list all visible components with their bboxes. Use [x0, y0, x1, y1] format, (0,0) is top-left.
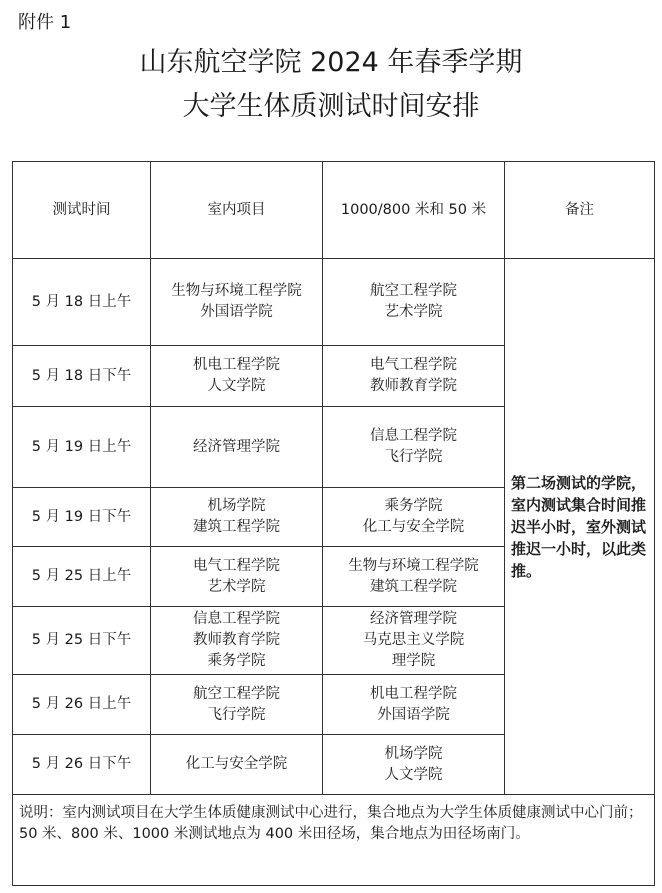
table-header-row: 测试时间 室内项目 1000/800 米和 50 米 备注 — [13, 162, 655, 259]
cell-indoor-colleges: 机场学院建筑工程学院 — [151, 488, 323, 547]
college-name: 外国语学院 — [151, 302, 322, 323]
cell-test-time: 5 月 26 日上午 — [13, 675, 151, 735]
college-name: 化工与安全学院 — [151, 754, 322, 775]
college-name: 人文学院 — [323, 765, 504, 786]
cell-remarks: 第二场测试的学院，室内测试集合时间推迟半小时，室外测试推迟一小时，以此类推。 — [505, 259, 655, 795]
cell-test-time: 5 月 18 日上午 — [13, 259, 151, 346]
college-name: 信息工程学院 — [323, 426, 504, 447]
cell-test-time: 5 月 19 日下午 — [13, 488, 151, 547]
cell-running-colleges: 机场学院人文学院 — [323, 735, 505, 795]
college-name: 机电工程学院 — [151, 355, 322, 376]
college-name: 生物与环境工程学院 — [151, 281, 322, 302]
college-name: 马克思主义学院 — [323, 630, 504, 651]
footer-row: 说明：室内测试项目在大学生体质健康测试中心进行，集合地点为大学生体质健康测试中心… — [13, 795, 655, 886]
cell-indoor-colleges: 电气工程学院艺术学院 — [151, 547, 323, 607]
footer-note: 说明：室内测试项目在大学生体质健康测试中心进行，集合地点为大学生体质健康测试中心… — [13, 795, 655, 886]
cell-running-colleges: 机电工程学院外国语学院 — [323, 675, 505, 735]
college-name: 机电工程学院 — [323, 684, 504, 705]
cell-test-time: 5 月 25 日上午 — [13, 547, 151, 607]
cell-indoor-colleges: 信息工程学院教师教育学院乘务学院 — [151, 607, 323, 675]
header-test-time: 测试时间 — [13, 162, 151, 259]
college-name: 飞行学院 — [323, 447, 504, 468]
college-name: 电气工程学院 — [323, 355, 504, 376]
cell-indoor-colleges: 经济管理学院 — [151, 407, 323, 488]
college-name: 信息工程学院 — [151, 609, 322, 630]
cell-running-colleges: 航空工程学院艺术学院 — [323, 259, 505, 346]
college-name: 航空工程学院 — [323, 281, 504, 302]
college-name: 外国语学院 — [323, 705, 504, 726]
college-name: 经济管理学院 — [323, 609, 504, 630]
cell-test-time: 5 月 26 日下午 — [13, 735, 151, 795]
cell-running-colleges: 乘务学院化工与安全学院 — [323, 488, 505, 547]
cell-indoor-colleges: 生物与环境工程学院外国语学院 — [151, 259, 323, 346]
cell-indoor-colleges: 机电工程学院人文学院 — [151, 346, 323, 407]
college-name: 建筑工程学院 — [323, 577, 504, 598]
college-name: 航空工程学院 — [151, 684, 322, 705]
page-title-line2: 大学生体质测试时间安排 — [0, 86, 662, 128]
cell-test-time: 5 月 25 日下午 — [13, 607, 151, 675]
college-name: 生物与环境工程学院 — [323, 556, 504, 577]
schedule-table: 测试时间 室内项目 1000/800 米和 50 米 备注 5 月 18 日上午… — [12, 161, 655, 886]
cell-running-colleges: 生物与环境工程学院建筑工程学院 — [323, 547, 505, 607]
college-name: 建筑工程学院 — [151, 517, 322, 538]
college-name: 艺术学院 — [323, 302, 504, 323]
header-indoor-items: 室内项目 — [151, 162, 323, 259]
cell-indoor-colleges: 化工与安全学院 — [151, 735, 323, 795]
college-name: 教师教育学院 — [151, 630, 322, 651]
header-remarks: 备注 — [505, 162, 655, 259]
cell-indoor-colleges: 航空工程学院飞行学院 — [151, 675, 323, 735]
college-name: 机场学院 — [323, 744, 504, 765]
page-title-line1: 山东航空学院 2024 年春季学期 — [0, 42, 662, 84]
college-name: 经济管理学院 — [151, 437, 322, 458]
header-running-items: 1000/800 米和 50 米 — [323, 162, 505, 259]
cell-running-colleges: 经济管理学院马克思主义学院理学院 — [323, 607, 505, 675]
cell-running-colleges: 信息工程学院飞行学院 — [323, 407, 505, 488]
college-name: 教师教育学院 — [323, 376, 504, 397]
college-name: 乘务学院 — [151, 651, 322, 672]
college-name: 艺术学院 — [151, 577, 322, 598]
college-name: 人文学院 — [151, 376, 322, 397]
college-name: 电气工程学院 — [151, 556, 322, 577]
college-name: 机场学院 — [151, 496, 322, 517]
table-row: 5 月 18 日上午生物与环境工程学院外国语学院航空工程学院艺术学院第二场测试的… — [13, 259, 655, 346]
attachment-label: 附件 1 — [18, 8, 71, 34]
college-name: 飞行学院 — [151, 705, 322, 726]
cell-running-colleges: 电气工程学院教师教育学院 — [323, 346, 505, 407]
college-name: 理学院 — [323, 651, 504, 672]
cell-test-time: 5 月 19 日上午 — [13, 407, 151, 488]
cell-test-time: 5 月 18 日下午 — [13, 346, 151, 407]
college-name: 化工与安全学院 — [323, 517, 504, 538]
college-name: 乘务学院 — [323, 496, 504, 517]
